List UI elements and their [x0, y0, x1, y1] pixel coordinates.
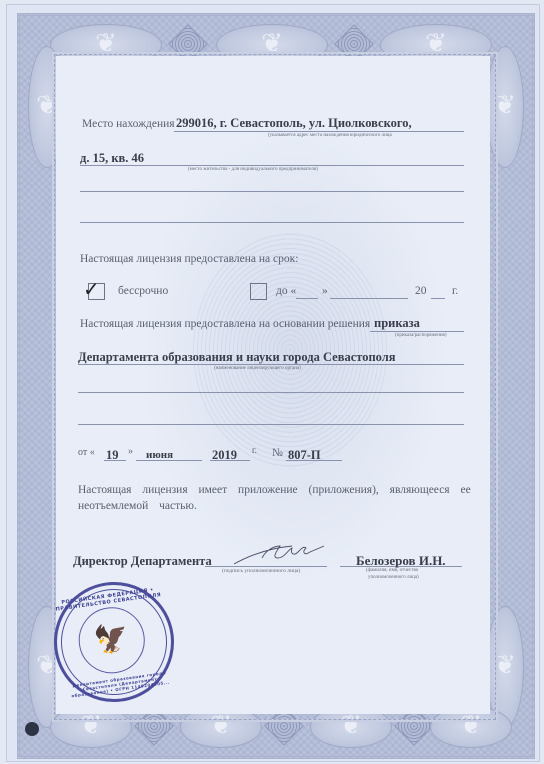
double-headed-eagle-icon: 🦅 [78, 618, 146, 660]
blank-line [78, 392, 464, 393]
authority-underline [78, 364, 464, 365]
name-caption-2: уполномоченного лица) [368, 575, 419, 580]
authority-value: Департамента образования и науки города … [78, 350, 396, 365]
decision-number-label: № [272, 447, 283, 459]
year-prefix: 20 [415, 285, 427, 297]
location-caption-2: (место жительства - для индивидуального … [188, 167, 318, 172]
blank-line [80, 222, 464, 223]
decision-day-line [104, 460, 126, 461]
location-underline-1 [174, 131, 464, 132]
until-month-line [330, 298, 408, 299]
signature-line [205, 566, 327, 567]
decision-number-line [286, 460, 342, 461]
decision-from-label: от « [78, 447, 95, 458]
until-quote-close: » [322, 285, 328, 297]
signature-icon [232, 540, 327, 566]
signature-caption: (подпись уполномоченного лица) [222, 568, 300, 574]
year-line [431, 298, 445, 299]
year-suffix: г. [452, 285, 458, 297]
decision-year-line [210, 460, 250, 461]
appendix-note-line2: неотъемлемой частью. [78, 500, 197, 512]
basis-underline [370, 331, 464, 332]
location-caption-1: (указывается адрес места нахождения юрид… [268, 133, 392, 138]
location-value-line1: 299016, г. Севастополь, ул. Циолковского… [176, 116, 412, 131]
authority-caption: (наименование лицензирующего органа) [214, 366, 301, 371]
checkmark-icon: ✓ [83, 279, 100, 299]
indefinite-label: бессрочно [118, 285, 168, 297]
basis-caption: (приказа/распоряжения) [395, 333, 447, 338]
stamp-inner-ring: 🦅 [74, 603, 149, 678]
basis-label: Настоящая лицензия предоставлена на осно… [80, 318, 370, 330]
location-label: Место нахождения [82, 118, 175, 130]
blank-line [80, 191, 464, 192]
location-value-line2: д. 15, кв. 46 [80, 151, 144, 166]
blank-line [78, 424, 464, 425]
basis-value: приказа [374, 316, 420, 331]
signatory-position: Директор Департамента [73, 554, 212, 569]
signatory-name: Белозеров И.Н. [356, 553, 446, 569]
decision-quote-close: » [128, 446, 133, 457]
appendix-note-line1: Настоящая лицензия имеет приложение (при… [78, 484, 471, 496]
decision-year-suffix: г. [252, 445, 257, 455]
location-underline-2 [80, 165, 464, 166]
hole-punch-dot [25, 722, 39, 736]
until-prefix: до « [276, 285, 296, 297]
name-caption-1: (фамилия, имя, отчество [366, 568, 418, 573]
until-day-line [296, 298, 318, 299]
checkbox-until[interactable] [250, 283, 267, 300]
term-label: Настоящая лицензия предоставлена на срок… [80, 253, 298, 265]
decision-month-line [136, 460, 202, 461]
